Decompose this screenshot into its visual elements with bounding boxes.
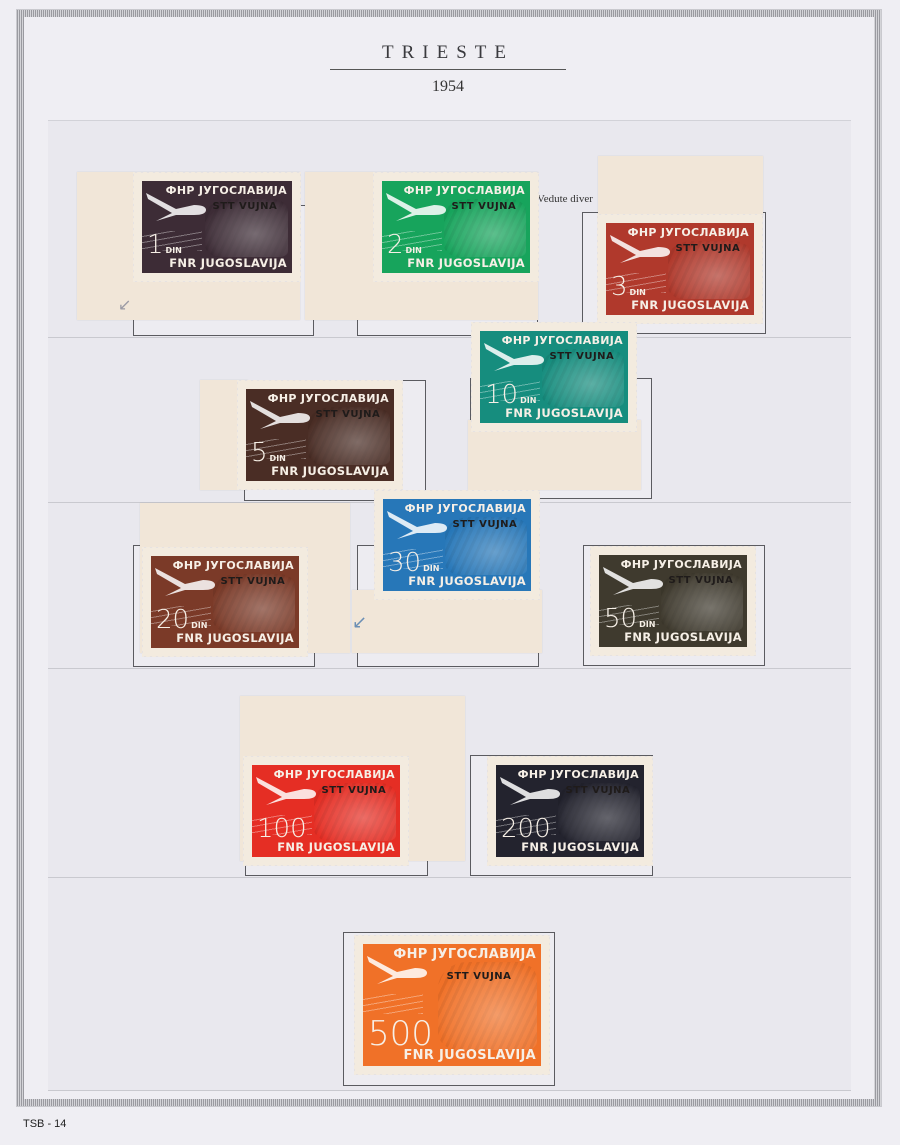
airplane-icon <box>484 341 554 381</box>
stamp-overprint: STT VUJNA <box>316 409 381 420</box>
stamp-overprint: STT VUJNA <box>213 201 278 212</box>
stamp-10-din[interactable]: ФНР ЈУГОСЛАВИЈА STT VUJNA 10DIN FNR JUGO… <box>471 322 637 432</box>
stamp-value: 500 <box>368 1017 433 1051</box>
stamp-design: ФНР ЈУГОСЛАВИЈА STT VUJNA 200 FNR JUGOSL… <box>496 765 644 857</box>
stamp-country-latin: FNR JUGOSLAVIJA <box>176 631 294 645</box>
title-rule <box>330 69 566 70</box>
airplane-icon <box>386 191 456 231</box>
airplane-icon <box>610 233 680 273</box>
stamp-overprint: STT VUJNA <box>221 576 286 587</box>
stamp-design: ФНР ЈУГОСЛАВИЈА STT VUJNA 2DIN FNR JUGOS… <box>382 181 530 273</box>
airplane-icon <box>500 775 570 815</box>
stamp-30-din[interactable]: ФНР ЈУГОСЛАВИЈА STT VUJNA 30DIN FNR JUGO… <box>374 490 540 600</box>
stamp-design: ФНР ЈУГОСЛАВИЈА STT VUJNA 10DIN FNR JUGO… <box>480 331 628 423</box>
stamp-overprint: STT VUJNA <box>550 351 615 362</box>
stamp-country-cyrillic: ФНР ЈУГОСЛАВИЈА <box>404 184 525 197</box>
airplane-icon <box>250 399 320 439</box>
stamp-design: ФНР ЈУГОСЛАВИЈА STT VUJNA 1DIN FNR JUGOS… <box>142 181 292 273</box>
stamp-overprint: STT VUJNA <box>447 971 512 982</box>
stamp-value: 10DIN <box>485 382 536 408</box>
stamp-design: ФНР ЈУГОСЛАВИЈА STT VUJNA 500 FNR JUGOSL… <box>363 944 541 1066</box>
stamp-country-cyrillic: ФНР ЈУГОСЛАВИЈА <box>502 334 623 347</box>
stamp-country-cyrillic: ФНР ЈУГОСЛАВИЈА <box>405 502 526 515</box>
stamp-value: 200 <box>501 816 551 842</box>
stamp-country-latin: FNR JUGOSLAVIJA <box>505 406 623 420</box>
stamp-country-cyrillic: ФНР ЈУГОСЛАВИЈА <box>166 184 287 197</box>
stamp-country-latin: FNR JUGOSLAVIJA <box>407 256 525 270</box>
stamp-design: ФНР ЈУГОСЛАВИЈА STT VUJNA 30DIN FNR JUGO… <box>383 499 531 591</box>
pencil-arrow-mark-icon: ↙ <box>118 295 131 314</box>
stamp-value: 100 <box>257 816 307 842</box>
airplane-icon <box>146 191 216 231</box>
airplane-icon <box>256 775 326 815</box>
selvage-margin <box>598 156 763 216</box>
stamp-country-latin: FNR JUGOSLAVIJA <box>271 464 389 478</box>
stamp-country-cyrillic: ФНР ЈУГОСЛАВИЈА <box>393 947 536 962</box>
stamp-country-cyrillic: ФНР ЈУГОСЛАВИЈА <box>274 768 395 781</box>
stamp-overprint: STT VUJNA <box>566 785 631 796</box>
stamp-100-din[interactable]: ФНР ЈУГОСЛАВИЈА STT VUJNA 100 FNR JUGOSL… <box>243 756 409 866</box>
blue-arrow-mark-icon: ↙ <box>352 612 367 633</box>
speed-lines <box>363 994 423 1014</box>
stamp-country-cyrillic: ФНР ЈУГОСЛАВИЈА <box>628 226 749 239</box>
stamp-design: ФНР ЈУГОСЛАВИЈА STT VUJNA 50DIN FNR JUGO… <box>599 555 747 647</box>
strip-divider <box>48 668 851 669</box>
stamp-value: 1DIN <box>147 232 182 258</box>
caption-fragment: Vedute diver <box>537 193 593 205</box>
stamp-design: ФНР ЈУГОСЛАВИЈА STT VUJNA 20DIN FNR JUGO… <box>151 556 299 648</box>
stamp-country-latin: FNR JUGOSLAVIJA <box>624 630 742 644</box>
stamp-country-latin: FNR JUGOSLAVIJA <box>521 840 639 854</box>
airplane-icon <box>387 509 457 549</box>
stamp-country-cyrillic: ФНР ЈУГОСЛАВИЈА <box>621 558 742 571</box>
stamp-country-latin: FNR JUGOSLAVIJA <box>169 256 287 270</box>
stamp-20-din[interactable]: ФНР ЈУГОСЛАВИЈА STT VUJNA 20DIN FNR JUGO… <box>142 547 308 657</box>
stamp-design: ФНР ЈУГОСЛАВИЈА STT VUJNA 3DIN FNR JUGOS… <box>606 223 754 315</box>
stamp-value: 3DIN <box>611 274 646 300</box>
stamp-overprint: STT VUJNA <box>322 785 387 796</box>
stamp-overprint: STT VUJNA <box>676 243 741 254</box>
stamp-design: ФНР ЈУГОСЛАВИЈА STT VUJNA 100 FNR JUGOSL… <box>252 765 400 857</box>
stamp-overprint: STT VUJNA <box>669 575 734 586</box>
stamp-3-din[interactable]: ФНР ЈУГОСЛАВИЈА STT VUJNA 3DIN FNR JUGOS… <box>597 214 763 324</box>
stamp-country-latin: FNR JUGOSLAVIJA <box>408 574 526 588</box>
stamp-value: 2DIN <box>387 232 422 258</box>
stamp-overprint: STT VUJNA <box>453 519 518 530</box>
stamp-5-din[interactable]: ФНР ЈУГОСЛАВИЈА STT VUJNA 5DIN FNR JUGOS… <box>237 380 403 490</box>
stamp-50-din[interactable]: ФНР ЈУГОСЛАВИЈА STT VUJNA 50DIN FNR JUGO… <box>590 546 756 656</box>
strip-divider <box>48 1090 851 1091</box>
page-year: 1954 <box>330 78 566 96</box>
stamp-1-din[interactable]: ФНР ЈУГОСЛАВИЈА STT VUJNA 1DIN FNR JUGOS… <box>133 172 301 282</box>
page-code: TSB - 14 <box>23 1118 66 1130</box>
stamp-value: 30DIN <box>388 550 439 576</box>
airplane-icon <box>155 566 225 606</box>
strip-divider <box>48 877 851 878</box>
stamp-country-cyrillic: ФНР ЈУГОСЛАВИЈА <box>268 392 389 405</box>
stamp-value: 50DIN <box>604 606 655 632</box>
strip-divider <box>48 337 851 338</box>
stamp-value: 20DIN <box>156 607 207 633</box>
stamp-country-cyrillic: ФНР ЈУГОСЛАВИЈА <box>173 559 294 572</box>
stamp-2-din[interactable]: ФНР ЈУГОСЛАВИЈА STT VUJNA 2DIN FNR JUGOS… <box>373 172 539 282</box>
stamp-value: 5DIN <box>251 440 286 466</box>
stamp-design: ФНР ЈУГОСЛАВИЈА STT VUJNA 5DIN FNR JUGOS… <box>246 389 394 481</box>
stamp-200-din[interactable]: ФНР ЈУГОСЛАВИЈА STT VUJNA 200 FNR JUGOSL… <box>487 756 653 866</box>
stamp-country-latin: FNR JUGOSLAVIJA <box>403 1048 536 1063</box>
airplane-icon <box>603 565 673 605</box>
stamp-overprint: STT VUJNA <box>452 201 517 212</box>
stamp-country-latin: FNR JUGOSLAVIJA <box>631 298 749 312</box>
stamp-country-latin: FNR JUGOSLAVIJA <box>277 840 395 854</box>
stamp-country-cyrillic: ФНР ЈУГОСЛАВИЈА <box>518 768 639 781</box>
page-title: TRIESTE <box>330 42 566 64</box>
stamp-500-din[interactable]: ФНР ЈУГОСЛАВИЈА STT VUJNA 500 FNR JUGOSL… <box>354 935 550 1075</box>
